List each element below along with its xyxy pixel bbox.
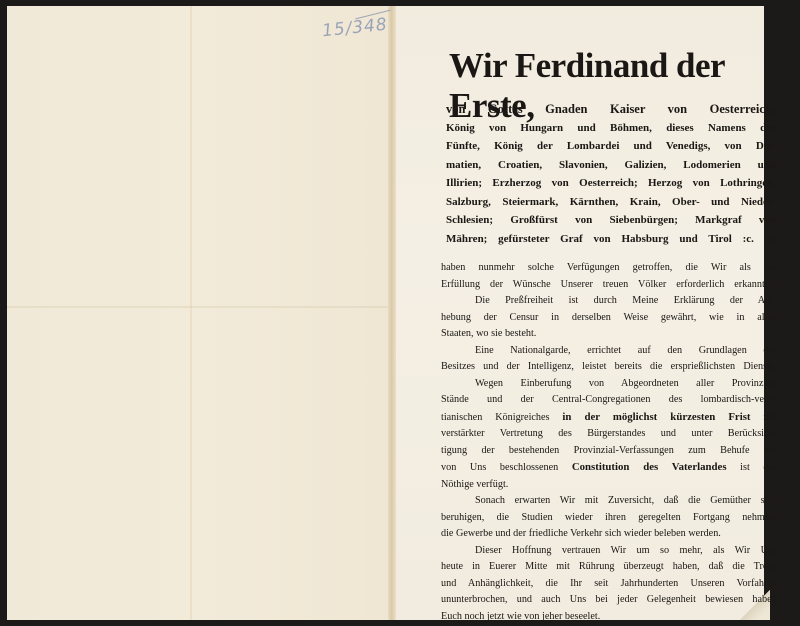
body-text-segment: tianischen Königreiches — [441, 412, 562, 423]
body-line: Die Preßfreiheit ist durch Meine Erkläru… — [441, 293, 777, 310]
page-spine — [388, 6, 396, 620]
body-line: von Uns beschlossenen Constitution des V… — [441, 459, 777, 477]
body-line: Stände und der Central-Congregationen de… — [441, 392, 777, 409]
body-line: ununterbrochen, und auch Uns bei jeder G… — [441, 592, 777, 609]
titles-line: Mähren; gefürsteter Graf von Habsburg un… — [446, 230, 776, 249]
vertical-fold-line — [190, 6, 192, 620]
body-text-segment: von Uns beschlossenen — [441, 462, 572, 473]
horizontal-fold-line — [7, 306, 389, 308]
body-line: tianischen Königreiches in der möglichst… — [441, 409, 777, 427]
body-line: hebung der Censur in derselben Weise gew… — [441, 310, 777, 327]
titles-line: Illirien; Erzherzog von Oesterreich; Her… — [446, 174, 776, 193]
body-line: beruhigen, die Studien wieder ihren gere… — [441, 510, 777, 527]
proclamation-body: haben nunmehr solche Verfügungen getroff… — [441, 260, 777, 625]
body-line: heute in Euerer Mitte mit Rührung überze… — [441, 559, 777, 576]
body-line: Staaten, wo sie besteht. — [441, 326, 777, 343]
titles-line: von Gottes Gnaden Kaiser von Oesterreich… — [446, 100, 776, 119]
body-line: und Anhänglichkeit, die Ihr seit Jahrhun… — [441, 576, 777, 593]
body-line: Euch noch jetzt wie von jeher beseelet. — [441, 609, 777, 626]
body-line: haben nunmehr solche Verfügungen getroff… — [441, 260, 777, 277]
titles-line: König von Hungarn und Böhmen, dieses Nam… — [446, 119, 776, 138]
body-line: Sonach erwarten Wir mit Zuversicht, daß … — [441, 493, 777, 510]
body-line: tigung der bestehenden Provinzial-Verfas… — [441, 443, 777, 460]
imperial-titles: von Gottes Gnaden Kaiser von Oesterreich… — [446, 100, 776, 248]
body-line: Erfüllung der Wünsche Unserer treuen Völ… — [441, 277, 777, 294]
body-line: die Gewerbe und der friedliche Verkehr s… — [441, 526, 777, 543]
titles-line: matien, Croatien, Slavonien, Galizien, L… — [446, 156, 776, 175]
body-text-segment: mit — [751, 412, 777, 423]
body-line: Wegen Einberufung von Abgeordneten aller… — [441, 376, 777, 393]
titles-line: Fünfte, König der Lombardei und Venedigs… — [446, 137, 776, 156]
body-line: Eine Nationalgarde, errichtet auf den Gr… — [441, 343, 777, 360]
body-line: Dieser Hoffnung vertrauen Wir um so mehr… — [441, 543, 777, 560]
body-line: Nöthige verfügt. — [441, 477, 777, 494]
emphasized-phrase: in der möglichst kürzesten Frist — [562, 411, 750, 423]
body-text-segment: ist das — [727, 462, 777, 473]
body-line: verstärkter Vertretung des Bürgerstandes… — [441, 426, 777, 443]
body-line: Besitzes und der Intelligenz, leistet be… — [441, 359, 777, 376]
left-blank-page — [7, 6, 389, 620]
titles-line: Salzburg, Steiermark, Kärnthen, Krain, O… — [446, 193, 776, 212]
titles-line: Schlesien; Großfürst von Siebenbürgen; M… — [446, 211, 776, 230]
emphasized-phrase: Constitution des Vaterlandes — [572, 461, 727, 473]
